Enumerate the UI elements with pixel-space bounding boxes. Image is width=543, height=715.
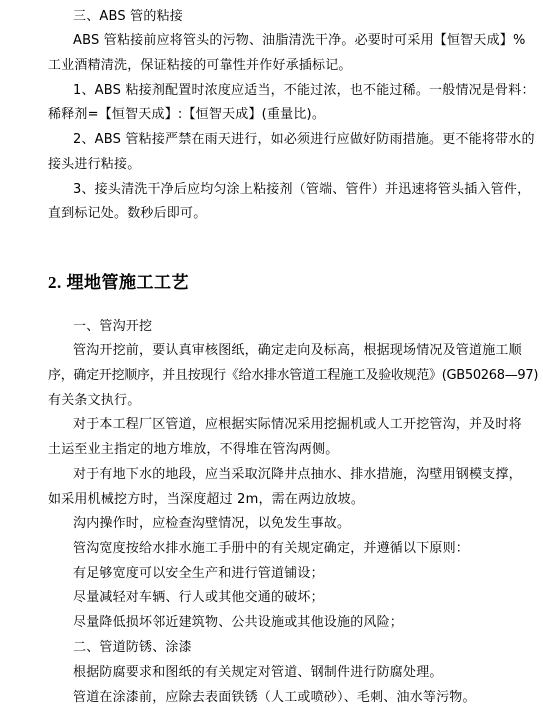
list-item-1: 1、ABS 粘接剂配置时浓度应适当，不能过浓，也不能过稀。一般情况是骨料： — [73, 83, 543, 99]
paragraph-line: 管沟开挖前，要认真审核图纸，确定走向及标高，根据现场情况及管道施工顺 — [73, 343, 543, 359]
section-title-paint: 二、管道防锈、涂漆 — [73, 640, 543, 656]
list-item-3-cont: 直到标记处。数秒后即可。 — [48, 206, 518, 222]
rule-item: 尽量减轻对车辆、行人或其他交通的破坏； — [73, 590, 543, 606]
paragraph-line: 管沟宽度按给水排水施工手册中的有关规定确定，并遵循以下原则： — [73, 541, 543, 557]
list-item-1-cont: 稀释剂=【恒智天成】:【恒智天成】(重量比)。 — [48, 107, 518, 123]
paragraph-line: 管道在涂漆前，应除去表面铁锈（人工或喷砂）、毛刺、油水等污物。 — [73, 690, 543, 706]
section-title-abs-bonding: 三、ABS 管的粘接 — [73, 9, 543, 25]
paragraph-line: ABS 管粘接前应将管头的污物、油脂清洗干净。必要时可采用【恒智天成】% — [73, 33, 543, 49]
paragraph-line: 有关条文执行。 — [48, 393, 518, 409]
paragraph-line: 工业酒精清洗，保证粘接的可靠性并作好承插标记。 — [48, 58, 518, 74]
paragraph-line: 根据防腐要求和图纸的有关规定对管道、钢制件进行防腐处理。 — [73, 665, 543, 681]
paragraph-line: 对于本工程厂区管道，应根据实际情况采用挖掘机或人工开挖管沟，并及时将 — [73, 417, 543, 433]
rule-item: 有足够宽度可以安全生产和进行管道铺设； — [73, 566, 543, 582]
list-item-3: 3、接头清洗干净后应均匀涂上粘接剂（管端、管件）并迅速将管头插入管件， — [73, 182, 543, 198]
rule-item: 尽量降低损坏邻近建筑物、公共设施或其他设施的风险； — [73, 615, 543, 631]
paragraph-line: 如采用机械挖方时，当深度超过 2m，需在两边放坡。 — [48, 492, 518, 508]
document-page: 三、ABS 管的粘接 ABS 管粘接前应将管头的污物、油脂清洗干净。必要时可采用… — [0, 0, 543, 715]
list-item-2: 2、ABS 管粘接严禁在雨天进行，如必须进行应做好防雨措施。更不能将带水的 — [73, 132, 543, 148]
paragraph-line: 沟内操作时，应检查沟壁情况，以免发生事故。 — [73, 516, 543, 532]
list-item-2-cont: 接头进行粘接。 — [48, 157, 518, 173]
chapter-heading: 2. 埋地管施工工艺 — [48, 272, 189, 294]
paragraph-line: 序，确定开挖顺序，并且按现行《给水排水管道工程施工及验收规范》(GB50268—… — [48, 368, 518, 384]
paragraph-line: 土运至业主指定的地方堆放，不得堆在管沟两侧。 — [48, 442, 518, 458]
section-title-trench: 一、管沟开挖 — [73, 319, 543, 335]
paragraph-line: 对于有地下水的地段，应当采取沉降井点抽水、排水措施，沟壁用钢模支撑， — [73, 467, 543, 483]
